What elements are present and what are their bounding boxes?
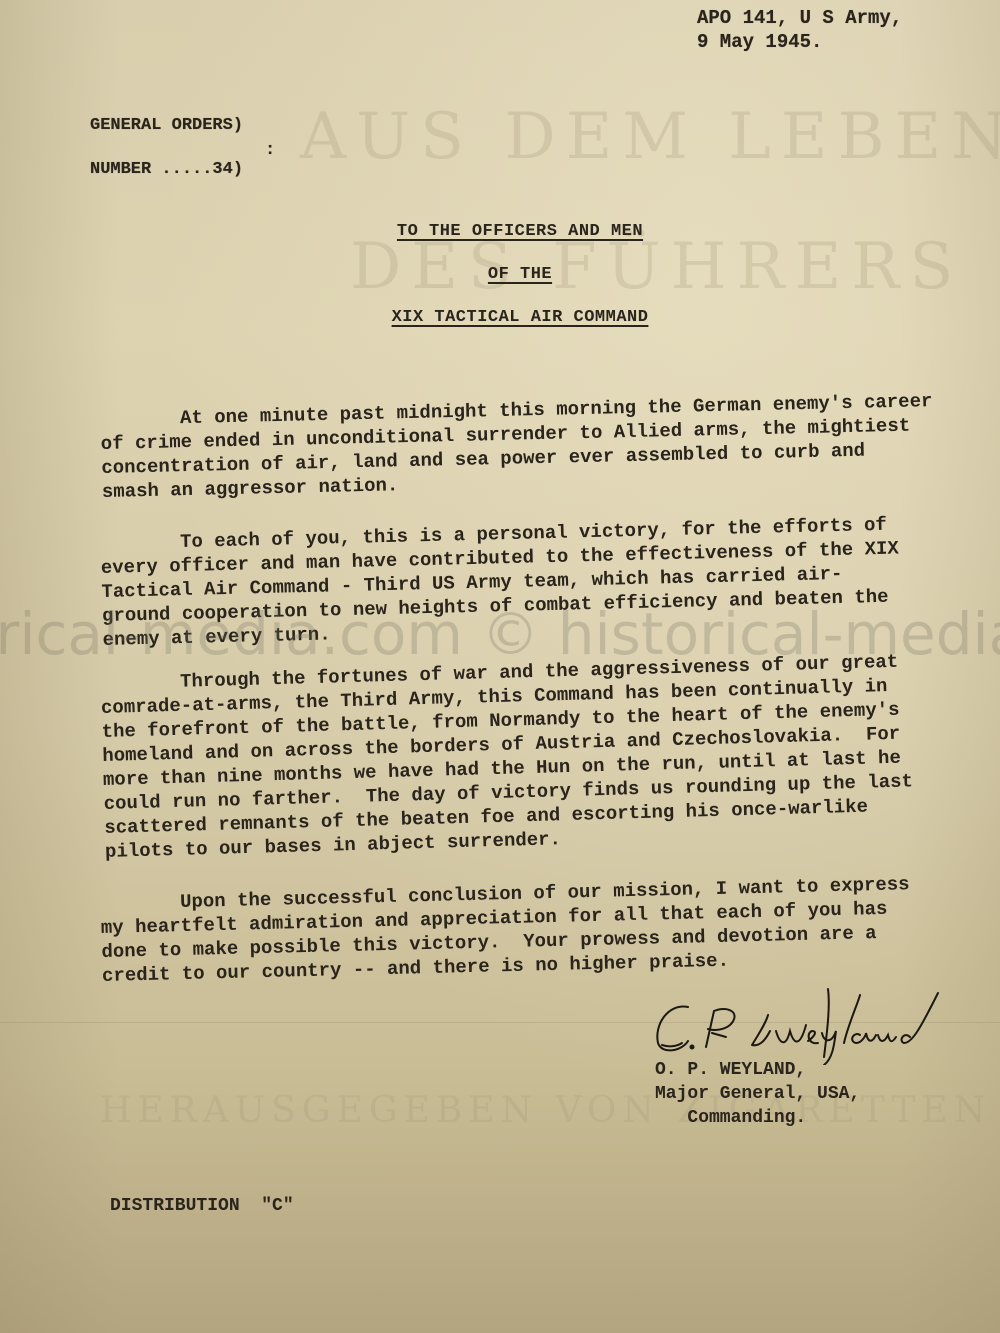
distribution-line: DISTRIBUTION "C"	[110, 1196, 294, 1216]
body-paragraph-1: At one minute past midnight this morning…	[100, 388, 972, 504]
order-number: NUMBER .....34)	[90, 160, 243, 179]
title-line-3: XIX TACTICAL AIR COMMAND	[330, 308, 710, 327]
general-orders-block: GENERAL ORDERS):NUMBER .....34)	[90, 114, 275, 182]
letterhead-location-date: APO 141, U S Army, 9 May 1945.	[697, 6, 902, 54]
bleed-through-text-1: AUS DEM LEBEN	[300, 100, 1000, 174]
body-paragraph-4: Upon the successful conclusion of our mi…	[100, 871, 972, 988]
signature-block: O. P. WEYLAND, Major General, USA, Comma…	[655, 1058, 860, 1130]
signatory-role: Commanding.	[655, 1108, 806, 1128]
orders-colon: :	[90, 144, 275, 158]
date: 9 May 1945.	[697, 31, 822, 53]
document-title: TO THE OFFICERS AND MEN OF THE XIX TACTI…	[330, 222, 710, 351]
body-paragraph-3: Through the fortunes of war and the aggr…	[100, 648, 975, 864]
general-orders-label: GENERAL ORDERS)	[90, 116, 243, 135]
signatory-name: O. P. WEYLAND,	[655, 1060, 806, 1080]
signatory-rank: Major General, USA,	[655, 1084, 860, 1104]
body-paragraph-2: To each of you, this is a personal victo…	[100, 511, 973, 652]
title-line-1: TO THE OFFICERS AND MEN	[330, 222, 710, 241]
handwritten-signature	[648, 985, 978, 1065]
title-line-2: OF THE	[330, 265, 710, 284]
location: APO 141, U S Army,	[697, 7, 902, 29]
